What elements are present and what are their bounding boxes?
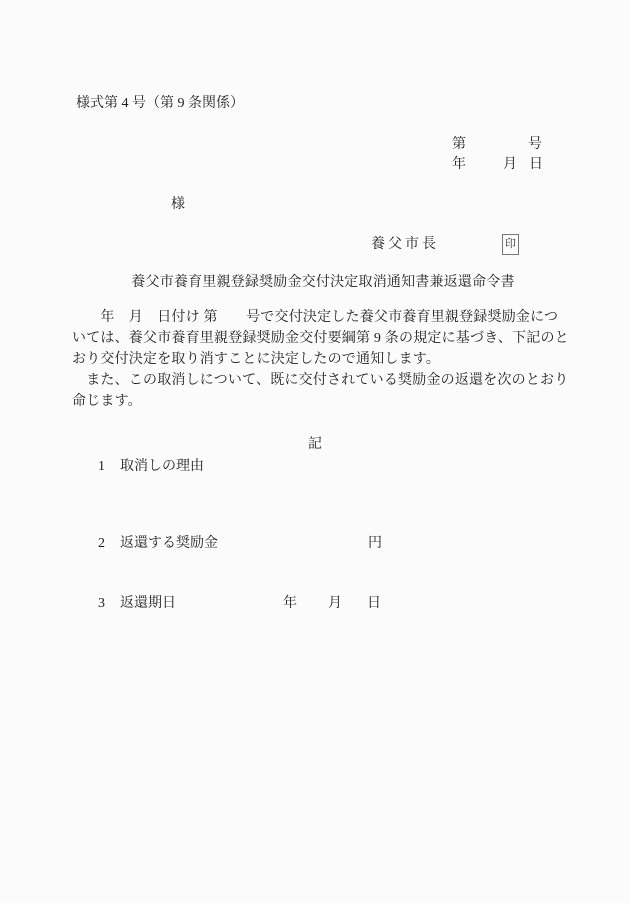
deadline-year-label: 年 bbox=[283, 597, 297, 611]
document-title: 養父市養育里親登録奨励金交付決定取消通知書兼返還命令書 bbox=[8, 276, 630, 290]
paragraph2-line1: また、この取消しについて、既に交付されている奨励金の返還を次のとおり bbox=[72, 370, 572, 391]
item-row-refund-deadline: 3 返還期日 年 月 日 bbox=[0, 597, 630, 615]
item-label: 返還する奨励金 bbox=[120, 537, 218, 551]
item-row-cancellation-reason: 1 取消しの理由 bbox=[0, 460, 630, 478]
form-number-label: 様式第 4 号（第 9 条関係） bbox=[76, 97, 244, 111]
paragraph1-line3: おり交付決定を取り消すことに決定したので通知します。 bbox=[72, 349, 572, 370]
issue-date-month-label: 月 bbox=[503, 158, 517, 172]
item-label: 返還期日 bbox=[120, 597, 176, 611]
doc-number-prefix: 第 bbox=[452, 138, 466, 152]
issuer-name: 養父市長 bbox=[371, 238, 439, 252]
deadline-day-label: 日 bbox=[367, 597, 381, 611]
paragraph2-line2: 命じます。 bbox=[72, 391, 572, 412]
issue-date-year-label: 年 bbox=[452, 158, 466, 172]
document-page: 様式第 4 号（第 9 条関係） 第 号 年 月 日 様 養父市長 印 養父市養… bbox=[0, 0, 630, 903]
body-text: 年 月 日付け 第 号で交付決定した養父市養育里親登録奨励金につ いては、養父市… bbox=[72, 307, 572, 412]
item-label: 取消しの理由 bbox=[120, 460, 204, 474]
issue-date-day-label: 日 bbox=[529, 158, 543, 172]
paragraph1-line1: 年 月 日付け 第 号で交付決定した養父市養育里親登録奨励金につ bbox=[72, 307, 572, 328]
doc-number-suffix: 号 bbox=[528, 138, 542, 152]
issue-date-line: 年 月 日 bbox=[0, 158, 630, 176]
yen-unit-label: 円 bbox=[368, 537, 382, 551]
paragraph1-line2: いては、養父市養育里親登録奨励金交付要綱第 9 条の規定に基づき、下記のと bbox=[72, 328, 572, 349]
deadline-month-label: 月 bbox=[328, 597, 342, 611]
item-row-refund-amount: 2 返還する奨励金 円 bbox=[0, 537, 630, 555]
doc-number-line: 第 号 bbox=[0, 138, 630, 156]
item-number: 2 bbox=[98, 537, 105, 551]
addressee-honorific: 様 bbox=[171, 198, 185, 212]
item-number: 3 bbox=[98, 597, 105, 611]
record-marker: 記 bbox=[0, 438, 630, 452]
item-number: 1 bbox=[98, 460, 105, 474]
seal-placeholder-box: 印 bbox=[502, 234, 519, 255]
